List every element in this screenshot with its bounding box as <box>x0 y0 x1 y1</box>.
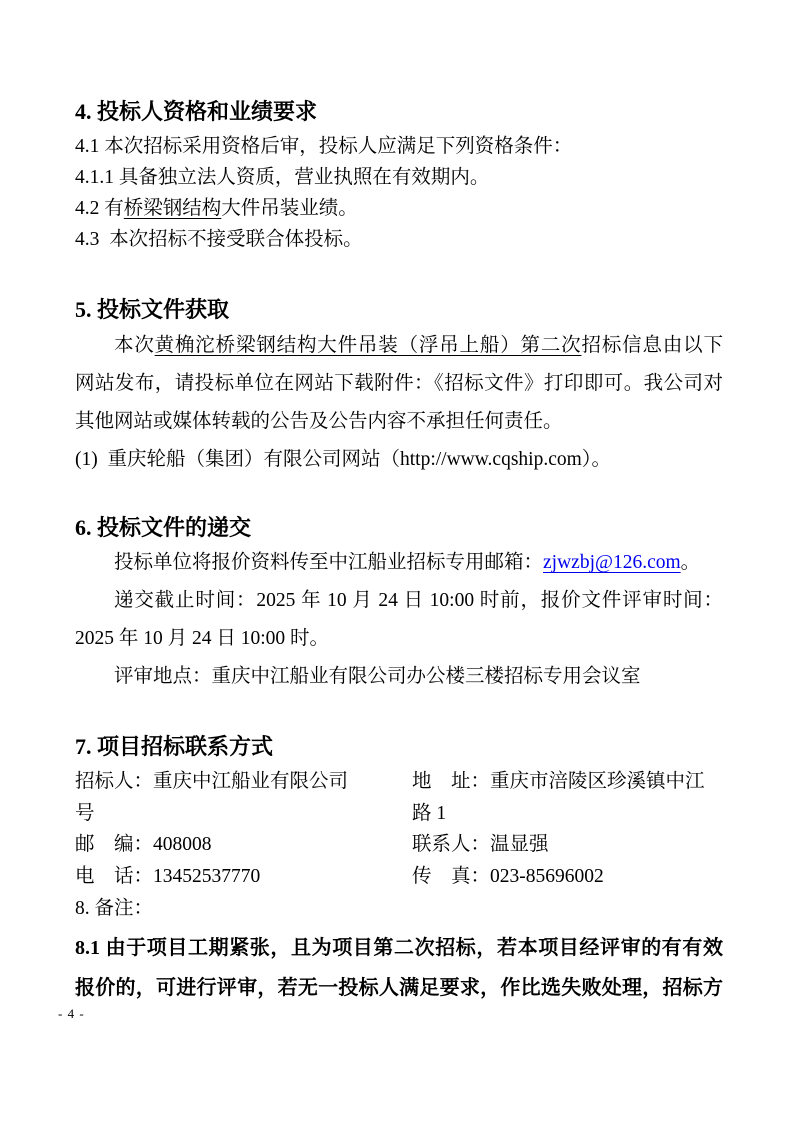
para-line-1-post: 招标信息由以下 <box>582 335 723 356</box>
email-line-post: 。 <box>681 552 701 573</box>
remarks-heading-row: 8. 备注： <box>75 893 723 924</box>
tenderer-field: 招标人：重庆中江船业有限公司 <box>75 771 348 792</box>
clause-4-1-1: 4.1.1 具备独立法人资质，营业执照在有效期内。 <box>75 162 723 193</box>
remarks-heading: 8. 备注： <box>75 893 723 924</box>
phone-field: 电 话：13452537770 <box>75 866 260 887</box>
clause-4-2-post: 大件吊装业绩。 <box>221 198 358 219</box>
email-line-pre: 投标单位将报价资料传至中江船业招标专用邮箱： <box>114 552 543 573</box>
postcode-field: 邮 编：408008 <box>75 834 212 855</box>
deadline-line-1: 递交截止时间：2025 年 10 月 24 日 10:00 时前，报价文件评审时… <box>75 582 723 620</box>
section-6-heading: 6. 投标文件的递交 <box>75 515 723 541</box>
address-wrap-line: 号 <box>75 803 95 824</box>
contact-person-field: 联系人：温显强 <box>412 829 549 861</box>
section-6-body: 投标单位将报价资料传至中江船业招标专用邮箱：zjwzbj@126.com。 递交… <box>75 544 723 696</box>
clause-4-2-underlined-text: 桥梁钢结构 <box>124 198 222 219</box>
email-line: 投标单位将报价资料传至中江船业招标专用邮箱：zjwzbj@126.com。 <box>75 544 723 582</box>
clause-4-2: 4.2 有桥梁钢结构大件吊装业绩。 <box>75 193 723 224</box>
website-list: (1) 重庆轮船（集团）有限公司网站（http://www.cqship.com… <box>75 441 723 479</box>
remark-8-1-line-2: 报价的，可进行评审，若无一投标人满足要求，作比选失败处理，招标方 <box>75 969 723 1009</box>
section-5-para-line-3: 其他网站或媒体转载的公告及公告内容不承担任何责任。 <box>75 403 723 441</box>
section-4-body: 4.1 本次招标采用资格后审，投标人应满足下列资格条件： 4.1.1 具备独立法… <box>75 131 723 255</box>
document-page: 4. 投标人资格和业绩要求 4.1 本次招标采用资格后审，投标人应满足下列资格条… <box>0 0 793 1122</box>
clause-4-1: 4.1 本次招标采用资格后审，投标人应满足下列资格条件： <box>75 131 723 162</box>
para-line-1-pre: 本次 <box>114 335 155 356</box>
contact-row-3: 邮 编：408008联系人：温显强 <box>75 829 723 861</box>
clause-4-3: 4.3 本次招标不接受联合体投标。 <box>75 224 723 255</box>
section-7-heading: 7. 项目招标联系方式 <box>75 734 723 760</box>
contact-row-1: 招标人：重庆中江船业有限公司地 址：重庆市涪陵区珍溪镇中江路 1 <box>75 766 723 798</box>
contact-row-4: 电 话：13452537770传 真：023-85696002 <box>75 861 723 893</box>
deadline-line-2: 2025 年 10 月 24 日 10:00 时。 <box>75 620 723 658</box>
fax-field: 传 真：023-85696002 <box>412 861 604 893</box>
remark-8-1-line-1: 8.1 由于项目工期紧张，且为项目第二次招标，若本项目经评审的有有效 <box>75 929 723 969</box>
remark-8-1-paragraph: 8.1 由于项目工期紧张，且为项目第二次招标，若本项目经评审的有有效 报价的，可… <box>75 929 723 1008</box>
review-venue-line: 评审地点：重庆中江船业有限公司办公楼三楼招标专用会议室 <box>75 658 723 696</box>
clause-4-2-pre: 4.2 有 <box>75 198 124 219</box>
section-4-heading: 4. 投标人资格和业绩要求 <box>75 99 723 125</box>
contact-row-2: 号 <box>75 798 723 830</box>
email-link[interactable]: zjwzbj@126.com <box>543 552 681 573</box>
page-number: - 4 - <box>58 1006 85 1022</box>
website-list-item: (1) 重庆轮船（集团）有限公司网站（http://www.cqship.com… <box>75 441 723 479</box>
section-5-paragraph: 本次黄桷沱桥梁钢结构大件吊装（浮吊上船）第二次招标信息由以下 网站发布，请投标单… <box>75 327 723 441</box>
section-5-para-line-1: 本次黄桷沱桥梁钢结构大件吊装（浮吊上船）第二次招标信息由以下 <box>75 327 723 365</box>
project-name-underlined-text: 黄桷沱桥梁钢结构大件吊装（浮吊上船）第二次 <box>155 335 582 356</box>
section-5-heading: 5. 投标文件获取 <box>75 297 723 323</box>
contact-info-block: 招标人：重庆中江船业有限公司地 址：重庆市涪陵区珍溪镇中江路 1 号 邮 编：4… <box>75 766 723 892</box>
section-5-para-line-2: 网站发布，请投标单位在网站下载附件：《招标文件》打印即可。我公司对 <box>75 365 723 403</box>
